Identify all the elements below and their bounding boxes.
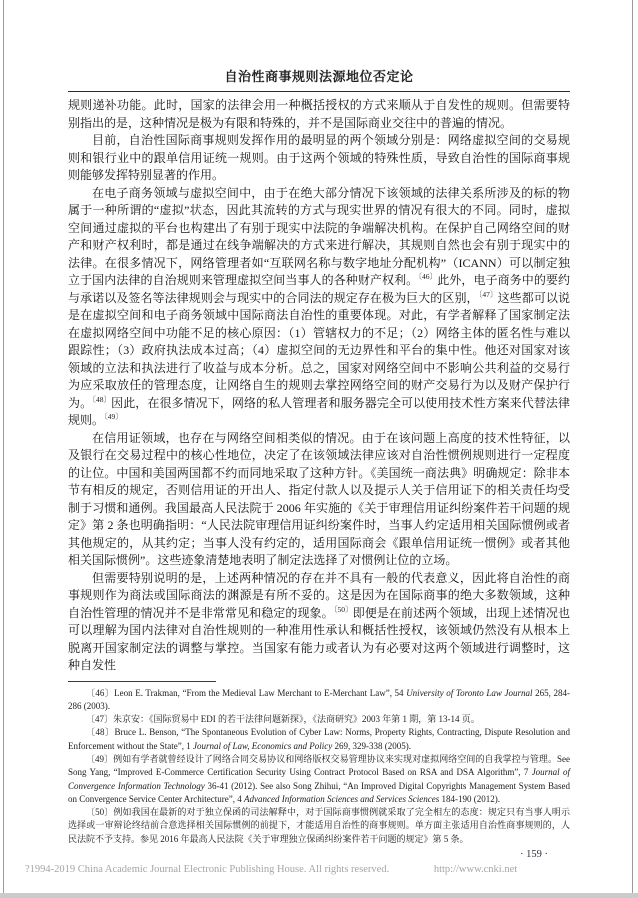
footnote-reference: 〔46〕: [418, 272, 437, 281]
text-run: 〔47〕朱京安：《国际贸易中 EDI 的若干法律问题新探》，《法商研究》2003…: [86, 714, 480, 724]
text-run: 〔50〕例如我国在最新的对于独立保函的司法解释中，对于国际商事惯例就采取了完全相…: [68, 807, 570, 844]
footnote-reference: 〔49〕: [104, 412, 123, 421]
footnotes: 〔46〕Leon E. Trakman, “From the Medieval …: [68, 687, 570, 847]
journal-title: Journal of Law, Economics and Policy: [193, 741, 332, 751]
paragraph: 但需要特别说明的是，上述两种情况的存在并不具有一般的代表意义，因此将自治性的商事…: [68, 570, 570, 675]
text-run: 在信用证领域，也存在与网络空间相类似的情况。由于在该问题上高度的技术性特征，以及…: [68, 431, 570, 568]
page-left-edge: [3, 0, 4, 898]
text-run: 因此，在很多情况下，网络的私人管理者和服务器完全可以使用技术性方案来代替法律规则…: [68, 396, 570, 428]
footnote: 〔46〕Leon E. Trakman, “From the Medieval …: [68, 687, 570, 714]
page: { "colors": { "page_background": "#fffff…: [0, 0, 638, 898]
footnote: 〔47〕朱京安：《国际贸易中 EDI 的若干法律问题新探》，《法商研究》2003…: [68, 713, 570, 726]
text-run: 〔46〕Leon E. Trakman, “From the Medieval …: [86, 688, 406, 698]
footnote-separator: [68, 681, 216, 682]
footnote: 〔48〕Bruce L. Benson, “The Spontaneous Ev…: [68, 726, 570, 753]
text-run: 184-190 (2012).: [439, 794, 500, 804]
text-run: 目前，自治性国际商事规则发挥作用的最明显的两个领域分别是：网络虚拟空间的交易规则…: [68, 133, 570, 182]
page-content: 自治性商事规则法源地位否定论 规则递补功能。此时，国家的法律会用一种概括授权的方…: [68, 0, 570, 860]
journal-title: Advanced Information Sciences and Servic…: [244, 794, 439, 804]
paragraph: 规则递补功能。此时，国家的法律会用一种概括授权的方式来顺从于自发性的规则。但需要…: [68, 97, 570, 132]
journal-title: University of Toronto Law Journal: [406, 688, 532, 698]
footnote-reference: 〔50〕: [334, 605, 353, 614]
header-rule: [68, 91, 570, 92]
text-run: 规则递补功能。此时，国家的法律会用一种概括授权的方式来顺从于自发性的规则。但需要…: [68, 98, 570, 130]
page-bottom-band: [0, 893, 638, 898]
paragraph: 在电子商务领域与虚拟空间中，由于在绝大部分情况下该领域的法律关系所涉及的标的物属…: [68, 185, 570, 430]
footer-url-text: http://www.cnki.net: [434, 864, 517, 875]
paragraph: 在信用证领域，也存在与网络空间相类似的情况。由于在该问题上高度的技术性特征，以及…: [68, 430, 570, 570]
footer-copyright-text: ?1994-2019 China Academic Journal Electr…: [25, 864, 389, 875]
page-right-edge: [632, 0, 633, 898]
running-head-title: 自治性商事规则法源地位否定论: [68, 0, 570, 85]
text-run: 这些都可以说是在虚拟空间和电子商务领域中国际商法自治性的重要体现。对此，有学者解…: [68, 291, 570, 410]
footnote: 〔50〕例如我国在最新的对于独立保函的司法解释中，对于国际商事惯例就采取了完全相…: [68, 806, 570, 846]
text-run: 在电子商务领域与虚拟空间中，由于在绝大部分情况下该领域的法律关系所涉及的标的物属…: [68, 186, 570, 288]
article-body: 规则递补功能。此时，国家的法律会用一种概括授权的方式来顺从于自发性的规则。但需要…: [68, 97, 570, 675]
footnote-reference: 〔47〕: [479, 290, 498, 299]
footnote: 〔49〕例如有学者就曾经设计了网络合同交易协议和网络版权交易管理协议来实现对虚拟…: [68, 753, 570, 806]
text-run: 269, 329-338 (2005).: [332, 741, 411, 751]
paragraph: 目前，自治性国际商事规则发挥作用的最明显的两个领域分别是：网络虚拟空间的交易规则…: [68, 132, 570, 185]
footer-watermark: ?1994-2019 China Academic Journal Electr…: [25, 864, 615, 875]
footnote-reference: 〔48〕: [92, 395, 111, 404]
text-run: 〔49〕例如有学者就曾经设计了网络合同交易协议和网络版权交易管理协议来实现对虚拟…: [68, 754, 570, 777]
page-number: · 159 ·: [68, 849, 570, 860]
